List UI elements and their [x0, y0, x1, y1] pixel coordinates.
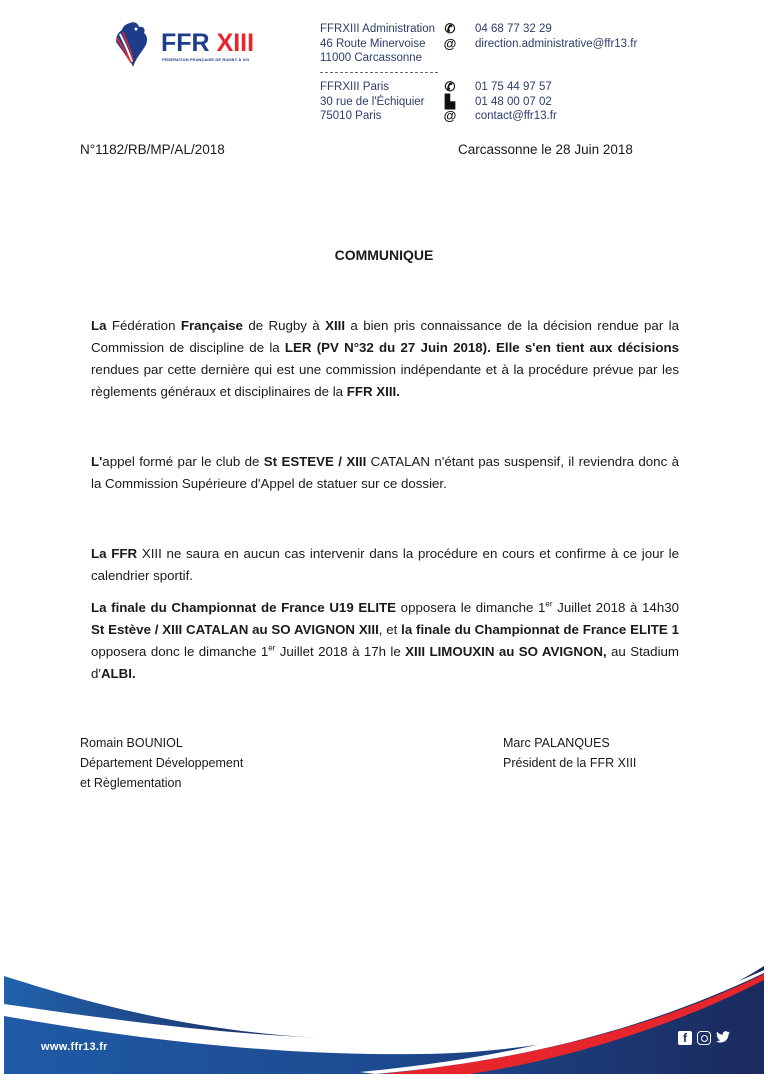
admin-office-icons: ✆ @	[440, 22, 460, 51]
paris-office-icons: ✆ ▙ @	[440, 80, 460, 124]
fax-icon: ▙	[440, 95, 460, 110]
footer-swoosh-graphic	[0, 960, 768, 1074]
paragraph-appeal: L'appel formé par le club de St ESTEVE /…	[91, 451, 679, 495]
admin-email-link[interactable]: direction.administrative@ffr13.fr	[475, 37, 637, 52]
signature-right: Marc PALANQUES Président de la FFR XIII	[503, 733, 636, 773]
reference-number: N°1182/RB/MP/AL/2018	[80, 142, 225, 157]
paragraph-calendar: La FFR XIII ne saura en aucun cas interv…	[91, 543, 679, 587]
signatory-role-cont: et Règlementation	[80, 773, 243, 793]
admin-office-contacts: 04 68 77 32 29 direction.administrative@…	[475, 22, 637, 51]
paris-email-link[interactable]: contact@ffr13.fr	[475, 109, 557, 124]
rooster-logo-icon	[108, 20, 158, 70]
phone-icon: ✆	[440, 80, 460, 95]
phone-icon: ✆	[440, 22, 460, 37]
place-date: Carcassonne le 28 Juin 2018	[458, 142, 633, 157]
signatory-name: Romain BOUNIOL	[80, 733, 243, 753]
paris-phone: 01 75 44 97 57	[475, 80, 557, 95]
signatory-name: Marc PALANQUES	[503, 733, 636, 753]
admin-phone: 04 68 77 32 29	[475, 22, 637, 37]
admin-office-address: FFRXIII Administration 46 Route Minervoi…	[320, 22, 435, 66]
signature-left: Romain BOUNIOL Département Développement…	[80, 733, 243, 793]
paris-office-contacts: 01 75 44 97 57 01 48 00 07 02 contact@ff…	[475, 80, 557, 124]
header-separator	[320, 72, 438, 73]
signatory-role: Président de la FFR XIII	[503, 753, 636, 773]
ffr-xiii-logo: FFR XIII FÉDÉRATION FRANÇAISE DE RUGBY À…	[108, 20, 268, 70]
logo-wordmark: FFR XIII	[161, 30, 254, 56]
social-links: f	[678, 1031, 730, 1045]
website-link[interactable]: www.ffr13.fr	[41, 1041, 108, 1053]
footer-banner	[0, 960, 768, 1074]
facebook-icon[interactable]: f	[678, 1031, 692, 1045]
at-icon: @	[440, 109, 460, 124]
at-icon: @	[440, 37, 460, 52]
paragraph-finals: La finale du Championnat de France U19 E…	[91, 597, 679, 685]
twitter-icon[interactable]	[716, 1031, 730, 1045]
document-title: COMMUNIQUE	[0, 247, 768, 263]
instagram-icon[interactable]	[697, 1031, 711, 1045]
logo-subtitle: FÉDÉRATION FRANÇAISE DE RUGBY À XIII	[162, 57, 249, 62]
paris-office-address: FFRXIII Paris 30 rue de l'Échiquier 7501…	[320, 80, 424, 124]
signatory-role: Département Développement	[80, 753, 243, 773]
paris-fax: 01 48 00 07 02	[475, 95, 557, 110]
paragraph-decision: La Fédération Française de Rugby à XIII …	[91, 315, 679, 403]
